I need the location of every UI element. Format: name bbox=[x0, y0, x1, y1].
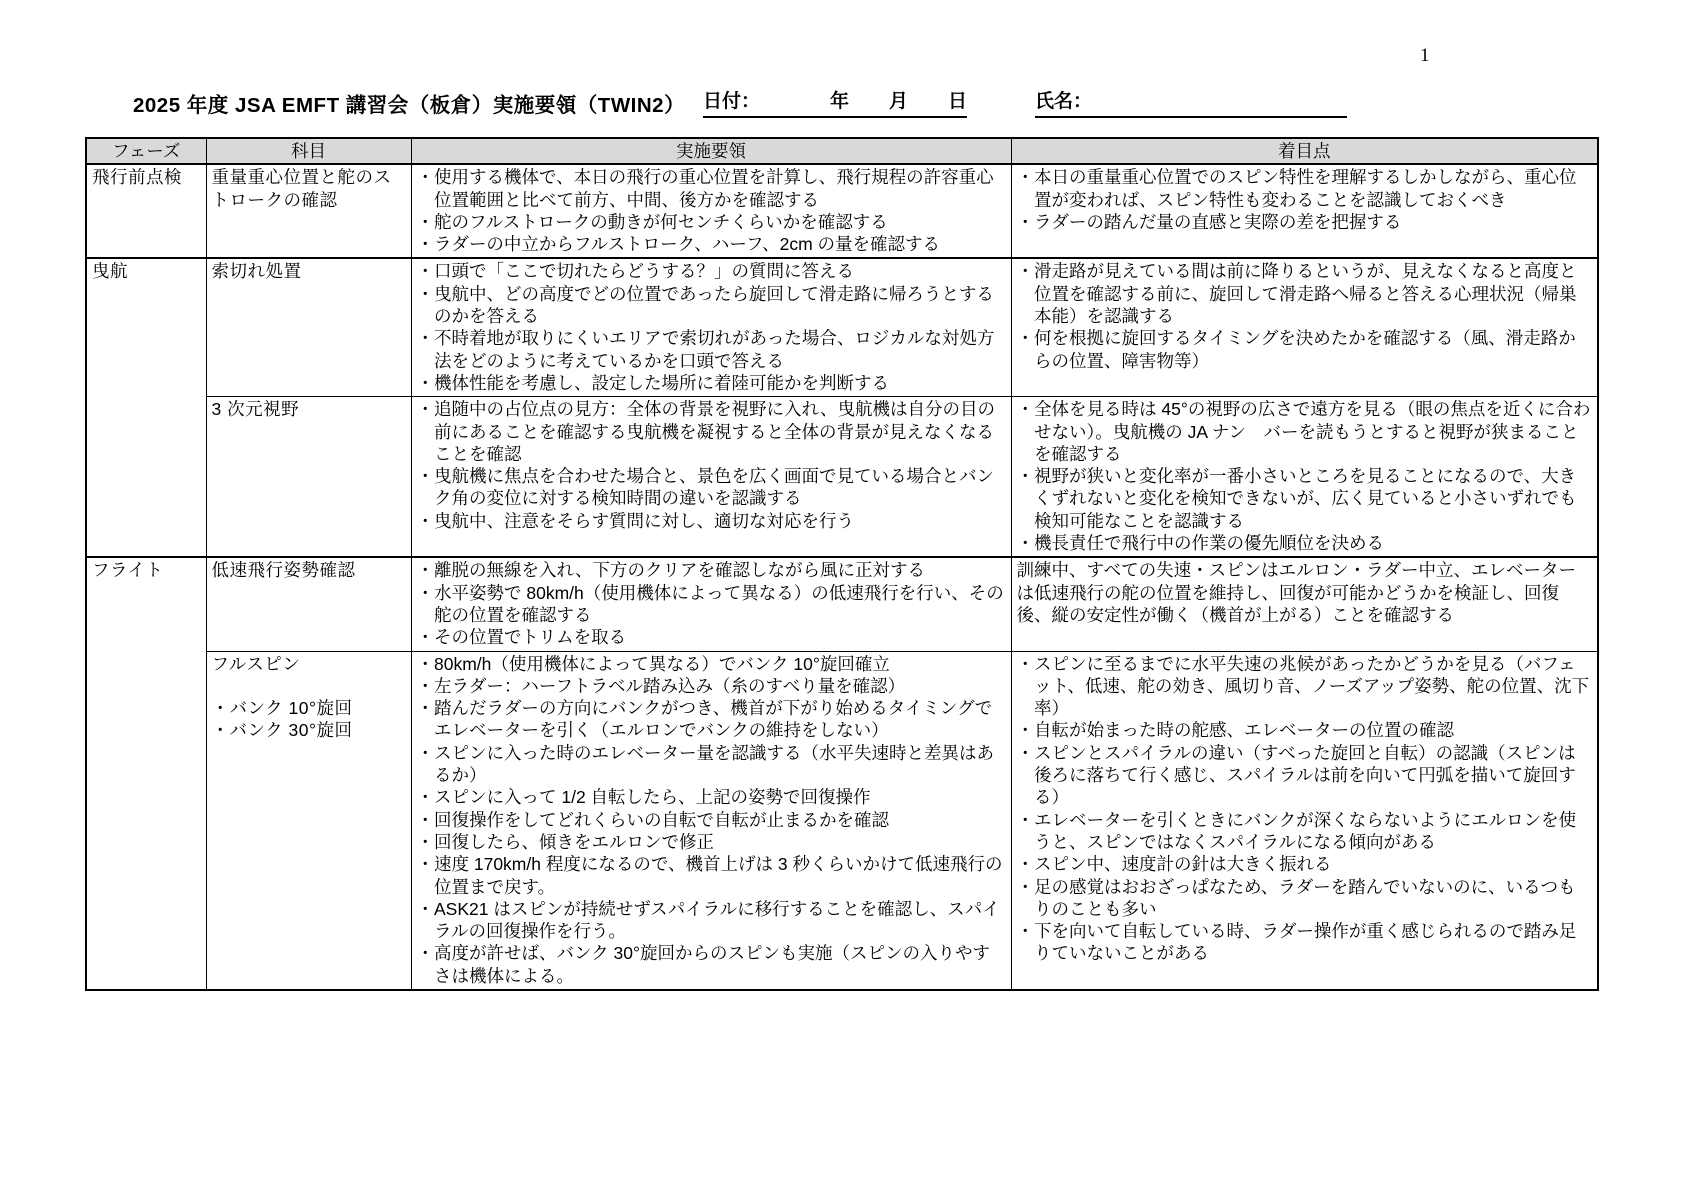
point-item: ・エレベーターを引くときにバンクが深くならないようにエルロンを使うと、スピンでは… bbox=[1017, 809, 1593, 854]
point-item: ・スピンに至るまでに水平失速の兆候があったかどうかを見る（バフェット、低速、舵の… bbox=[1017, 653, 1593, 720]
subject-cell: 低速飛行姿勢確認 bbox=[206, 557, 411, 651]
procedure-cell: ・追随中の占位点の見方：全体の背景を視野に入れ、曳航機は自分の目の前にあることを… bbox=[411, 397, 1011, 558]
column-header-points: 着目点 bbox=[1011, 138, 1598, 164]
procedure-item: ・80km/h（使用機体によって異なる）でバンク 10°旋回確立 bbox=[417, 653, 1006, 675]
phase-cell: フライト bbox=[86, 557, 206, 990]
table-row: フルスピン ・バンク 10°旋回 ・バンク 30°旋回 ・80km/h（使用機体… bbox=[86, 651, 1598, 990]
subject-cell: フルスピン ・バンク 10°旋回 ・バンク 30°旋回 bbox=[206, 651, 411, 990]
point-item: ・下を向いて自転している時、ラダー操作が重く感じられるので踏み足りていないことが… bbox=[1017, 920, 1593, 965]
procedure-item: ・機体性能を考慮し、設定した場所に着陸可能かを判断する bbox=[417, 372, 1006, 394]
date-label: 日付： bbox=[703, 91, 760, 112]
procedure-item: ・踏んだラダーの方向にバンクがつき、機首が下がり始めるタイミングでエレベーターを… bbox=[417, 697, 1006, 742]
point-item: ・自転が始まった時の舵感、エレベーターの位置の確認 bbox=[1017, 719, 1593, 741]
column-header-subject: 科目 bbox=[206, 138, 411, 164]
point-item: ・スピンとスパイラルの違い（すべった旋回と自転）の認識（スピンは後ろに落ちて行く… bbox=[1017, 742, 1593, 809]
subject-sub-item: ・バンク 30°旋回 bbox=[212, 719, 406, 741]
procedure-item: ・スピンに入った時のエレベーター量を認識する（水平失速時と差異はあるか） bbox=[417, 742, 1006, 787]
point-item: ・全体を見る時は 45°の視野の広さで遠方を見る（眼の焦点を近くに合わせない）。… bbox=[1017, 398, 1593, 465]
procedure-item: ・離脱の無線を入れ、下方のクリアを確認しながら風に正対する bbox=[417, 559, 1006, 581]
procedure-item: ・速度 170km/h 程度になるので、機首上げは 3 秒くらいかけて低速飛行の… bbox=[417, 853, 1006, 898]
table-row: フライト 低速飛行姿勢確認 ・離脱の無線を入れ、下方のクリアを確認しながら風に正… bbox=[86, 557, 1598, 651]
points-cell: ・スピンに至るまでに水平失速の兆候があったかどうかを見る（バフェット、低速、舵の… bbox=[1011, 651, 1598, 990]
point-item: ・本日の重量重心位置でのスピン特性を理解するしかしながら、重心位置が変われば、ス… bbox=[1017, 166, 1593, 211]
procedure-item: ・回復操作をしてどれくらいの自転で自転が止まるかを確認 bbox=[417, 809, 1006, 831]
points-cell: ・本日の重量重心位置でのスピン特性を理解するしかしながら、重心位置が変われば、ス… bbox=[1011, 164, 1598, 258]
column-header-phase: フェーズ bbox=[86, 138, 206, 164]
procedure-item: ・舵のフルストロークの動きが何センチくらいかを確認する bbox=[417, 211, 1006, 233]
procedure-item: ・不時着地が取りにくいエリアで索切れがあった場合、ロジカルな対処方法をどのように… bbox=[417, 327, 1006, 372]
table-header-row: フェーズ 科目 実施要領 着目点 bbox=[86, 138, 1598, 164]
procedure-item: ・回復したら、傾きをエルロンで修正 bbox=[417, 831, 1006, 853]
point-item: ・ラダーの踏んだ量の直感と実際の差を把握する bbox=[1017, 211, 1593, 233]
document-page: { "page": { "number": "1", "title": "202… bbox=[0, 0, 1684, 1191]
name-field: 氏名： bbox=[1035, 86, 1347, 118]
points-cell: ・滑走路が見えている間は前に降りるというが、見えなくなると高度と位置を確認する前… bbox=[1011, 258, 1598, 396]
procedure-item: ・スピンに入って 1/2 自転したら、上記の姿勢で回復操作 bbox=[417, 786, 1006, 808]
procedure-cell: ・80km/h（使用機体によって異なる）でバンク 10°旋回確立 ・左ラダー：ハ… bbox=[411, 651, 1011, 990]
subject-spacer bbox=[212, 675, 406, 697]
points-cell: 訓練中、すべての失速・スピンはエルロン・ラダー中立、エレベーターは低速飛行の舵の… bbox=[1011, 557, 1598, 651]
point-item: ・足の感覚はおおざっぱなため、ラダーを踏んでいないのに、いるつもりのことも多い bbox=[1017, 876, 1593, 921]
table-row: 曳航 索切れ処置 ・口頭で「ここで切れたらどうする？」の質問に答える ・曳航中、… bbox=[86, 258, 1598, 396]
document-title: 2025 年度 JSA EMFT 講習会（板倉）実施要領（TWIN2） bbox=[133, 88, 685, 118]
procedure-item: ・左ラダー：ハーフトラベル踏み込み（糸のすべり量を確認） bbox=[417, 675, 1006, 697]
point-item: 訓練中、すべての失速・スピンはエルロン・ラダー中立、エレベーターは低速飛行の舵の… bbox=[1017, 559, 1593, 626]
table-row: 飛行前点検 重量重心位置と舵のストロークの確認 ・使用する機体で、本日の飛行の重… bbox=[86, 164, 1598, 258]
name-label: 氏名： bbox=[1035, 91, 1092, 112]
procedure-item: ・曳航中、どの高度でどの位置であったら旋回して滑走路に帰ろうとするのかを答える bbox=[417, 283, 1006, 328]
point-item: ・視野が狭いと変化率が一番小さいところを見ることになるので、大きくずれないと変化… bbox=[1017, 465, 1593, 532]
date-month-label: 月 bbox=[889, 91, 908, 112]
subject-cell: 3 次元視野 bbox=[206, 397, 411, 558]
date-day-label: 日 bbox=[948, 91, 967, 112]
date-year-label: 年 bbox=[830, 91, 849, 112]
point-item: ・何を根拠に旋回するタイミングを決めたかを確認する（風、滑走路からの位置、障害物… bbox=[1017, 327, 1593, 372]
date-field: 日付：年月日 bbox=[703, 86, 967, 118]
procedure-item: ・口頭で「ここで切れたらどうする？」の質問に答える bbox=[417, 260, 1006, 282]
phase-cell: 飛行前点検 bbox=[86, 164, 206, 258]
procedure-item: ・その位置でトリムを取る bbox=[417, 626, 1006, 648]
procedure-item: ・ラダーの中立からフルストローク、ハーフ、2cm の量を確認する bbox=[417, 233, 1006, 255]
column-header-procedure: 実施要領 bbox=[411, 138, 1011, 164]
procedure-item: ・ASK21 はスピンが持続せずスパイラルに移行することを確認し、スパイラルの回… bbox=[417, 898, 1006, 943]
page-number: 1 bbox=[1420, 45, 1430, 67]
point-item: ・滑走路が見えている間は前に降りるというが、見えなくなると高度と位置を確認する前… bbox=[1017, 260, 1593, 327]
table-row: 3 次元視野 ・追随中の占位点の見方：全体の背景を視野に入れ、曳航機は自分の目の… bbox=[86, 397, 1598, 558]
training-plan-table: フェーズ 科目 実施要領 着目点 飛行前点検 重量重心位置と舵のストロークの確認… bbox=[85, 137, 1599, 991]
procedure-item: ・高度が許せば、バンク 30°旋回からのスピンも実施（スピンの入りやすさは機体に… bbox=[417, 942, 1006, 987]
phase-cell: 曳航 bbox=[86, 258, 206, 557]
point-item: ・機長責任で飛行中の作業の優先順位を決める bbox=[1017, 532, 1593, 554]
subject-title: フルスピン bbox=[212, 653, 406, 675]
subject-sub-item: ・バンク 10°旋回 bbox=[212, 697, 406, 719]
procedure-cell: ・使用する機体で、本日の飛行の重心位置を計算し、飛行規程の許容重心位置範囲と比べ… bbox=[411, 164, 1011, 258]
procedure-item: ・使用する機体で、本日の飛行の重心位置を計算し、飛行規程の許容重心位置範囲と比べ… bbox=[417, 166, 1006, 211]
subject-cell: 重量重心位置と舵のストロークの確認 bbox=[206, 164, 411, 258]
procedure-item: ・水平姿勢で 80km/h（使用機体によって異なる）の低速飛行を行い、その舵の位… bbox=[417, 582, 1006, 627]
points-cell: ・全体を見る時は 45°の視野の広さで遠方を見る（眼の焦点を近くに合わせない）。… bbox=[1011, 397, 1598, 558]
procedure-item: ・曳航中、注意をそらす質問に対し、適切な対応を行う bbox=[417, 510, 1006, 532]
procedure-cell: ・離脱の無線を入れ、下方のクリアを確認しながら風に正対する ・水平姿勢で 80k… bbox=[411, 557, 1011, 651]
subject-cell: 索切れ処置 bbox=[206, 258, 411, 396]
procedure-cell: ・口頭で「ここで切れたらどうする？」の質問に答える ・曳航中、どの高度でどの位置… bbox=[411, 258, 1011, 396]
point-item: ・スピン中、速度計の針は大きく振れる bbox=[1017, 853, 1593, 875]
procedure-item: ・曳航機に焦点を合わせた場合と、景色を広く画面で見ている場合とバンク角の変位に対… bbox=[417, 465, 1006, 510]
procedure-item: ・追随中の占位点の見方：全体の背景を視野に入れ、曳航機は自分の目の前にあることを… bbox=[417, 398, 1006, 465]
